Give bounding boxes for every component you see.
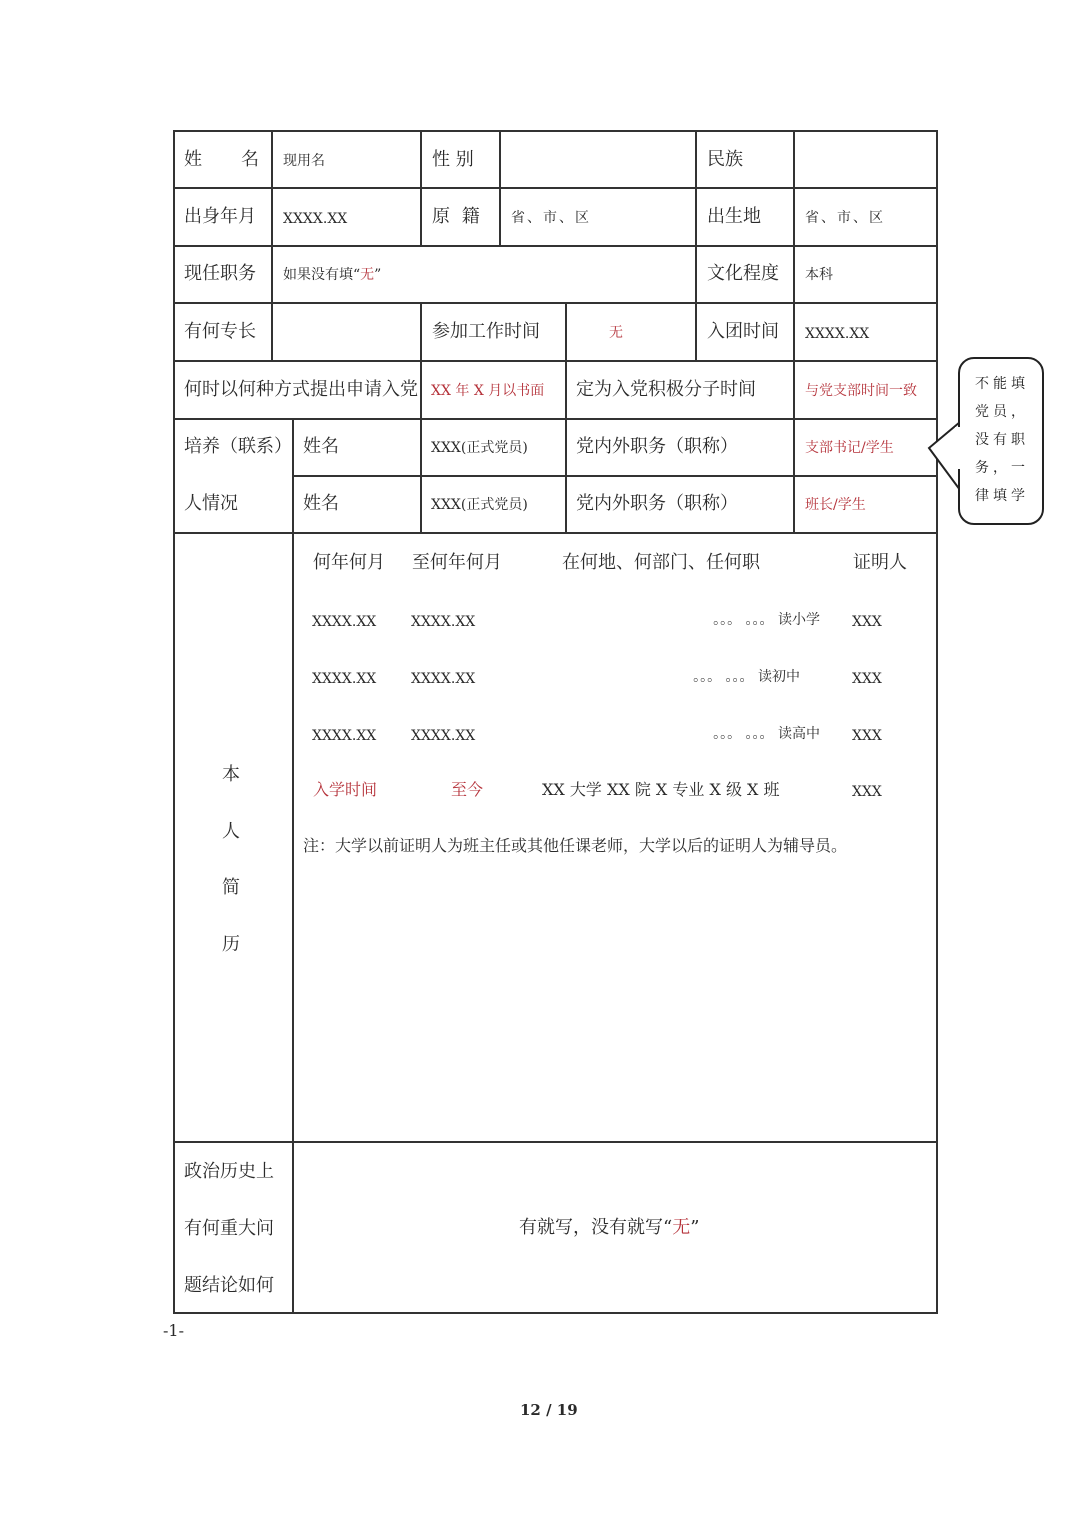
col-divider (793, 360, 795, 534)
col-divider (565, 360, 567, 534)
ethnicity-label: 民族 (707, 150, 743, 170)
row-divider (293, 475, 938, 477)
resume-entry-from[interactable]: XXXX.XX (312, 669, 376, 689)
cultivator-2-duty-label: 党内外职务（职称） (576, 494, 738, 514)
birth-date-label: 出身年月 (184, 207, 256, 227)
resume-entry-where[interactable]: 。。。 。。。 读小学 (670, 610, 820, 630)
row-divider (173, 532, 938, 534)
page-counter: 12 / 19 (520, 1400, 578, 1420)
row-divider (173, 187, 938, 189)
name-label: 姓 名 (184, 150, 260, 170)
political-label-line: 政治历史上 (184, 1162, 274, 1182)
row-divider (173, 1141, 938, 1143)
birthplace-label: 出生地 (707, 207, 761, 227)
name-value[interactable]: 现用名 (283, 151, 325, 171)
birthplace-value[interactable]: 省、市、区 (805, 208, 885, 228)
cultivator-2-name-label: 姓名 (303, 494, 339, 514)
resume-label-char: 人 (222, 822, 240, 842)
cultivator-label-line1: 培养（联系） (184, 437, 292, 457)
cultivator-label-line2: 人情况 (184, 494, 238, 514)
resume-entry-where[interactable]: 。。。 。。。 读高中 (670, 724, 820, 744)
league-join-label: 入团时间 (707, 322, 779, 342)
resume-label-char: 本 (222, 765, 240, 785)
resume-entry-to[interactable]: XXXX.XX (411, 612, 475, 632)
resume-entry-to[interactable]: XXXX.XX (411, 669, 475, 689)
political-value[interactable]: 有就写，没有就写“无” (519, 1218, 699, 1238)
resume-note: 注：大学以前证明人为班主任或其他任课老师，大学以后的证明人为辅导员。 (303, 836, 847, 856)
col-divider (420, 360, 422, 534)
resume-entry-witness[interactable]: XXX (852, 612, 882, 632)
resume-label-char: 简 (222, 878, 240, 898)
work-start-label: 参加工作时间 (432, 322, 540, 342)
birth-date-value[interactable]: XXXX.XX (283, 209, 347, 229)
col-divider (271, 130, 273, 361)
resume-header-where: 在何地、何部门、任何职 (562, 553, 760, 573)
resume-entry-where[interactable]: 。。。 。。。 读初中 (650, 667, 800, 687)
application-value[interactable]: XX 年 X 月以书面 (431, 381, 544, 401)
resume-header-witness: 证明人 (853, 553, 907, 573)
cultivator-2-name-value[interactable]: XXX(正式党员) (431, 495, 528, 515)
gender-label: 性 别 (432, 150, 474, 170)
table-border-right (936, 130, 938, 1314)
cultivator-1-name-value[interactable]: XXX(正式党员) (431, 438, 528, 458)
col-divider (565, 302, 567, 361)
cultivator-1-name-label: 姓名 (303, 437, 339, 457)
activist-date-label: 定为入党积极分子时间 (576, 380, 756, 400)
specialty-label: 有何专长 (184, 322, 256, 342)
position-hint-quote: ” (374, 267, 381, 283)
resume-entry-witness[interactable]: XXX (852, 782, 882, 802)
resume-entry-to[interactable]: 至今 (451, 780, 483, 800)
resume-entry-where[interactable]: XX 大学 XX 院 X 专业 X 级 X 班 (542, 780, 780, 800)
current-position-label: 现任职务 (184, 264, 256, 284)
callout-text: 不能填党员，没有职务，一律填学 (975, 370, 1035, 510)
table-border-bottom (173, 1312, 938, 1314)
political-hint-text: 有就写，没有就写“ (519, 1217, 672, 1238)
political-hint-quote: ” (690, 1217, 699, 1238)
resume-entry-from[interactable]: XXXX.XX (312, 612, 376, 632)
cultivator-1-duty-value[interactable]: 支部书记/学生 (805, 438, 894, 458)
league-join-value[interactable]: XXXX.XX (805, 324, 869, 344)
resume-entry-from[interactable]: 入学时间 (313, 780, 377, 800)
row-divider (173, 245, 938, 247)
position-hint-text: 如果没有填“ (283, 267, 360, 283)
row-divider (173, 360, 938, 362)
origin-value[interactable]: 省、市、区 (511, 208, 591, 228)
cultivator-1-duty-label: 党内外职务（职称） (576, 437, 738, 457)
political-label-line: 有何重大问 (184, 1219, 274, 1239)
education-value[interactable]: 本科 (805, 265, 833, 285)
row-divider (173, 302, 938, 304)
political-label-line: 题结论如何 (184, 1276, 274, 1296)
resume-entry-from[interactable]: XXXX.XX (312, 726, 376, 746)
col-divider (292, 418, 294, 1314)
col-divider (420, 130, 422, 246)
resume-label-char: 历 (222, 935, 240, 955)
callout-mask (955, 425, 963, 485)
row-divider (173, 418, 938, 420)
resume-entry-witness[interactable]: XXX (852, 669, 882, 689)
col-divider (695, 130, 697, 361)
activist-date-value[interactable]: 与党支部时间一致 (805, 381, 917, 401)
col-divider (499, 130, 501, 246)
work-start-value[interactable]: 无 (609, 323, 623, 343)
col-divider (420, 302, 422, 361)
cultivator-2-duty-value[interactable]: 班长/学生 (805, 495, 866, 515)
current-position-value[interactable]: 如果没有填“无” (283, 265, 381, 285)
origin-label: 原 籍 (432, 207, 483, 227)
application-label: 何时以何种方式提出申请入党 (184, 380, 418, 400)
page-marker: -1- (163, 1321, 184, 1341)
position-hint-none: 无 (360, 267, 374, 283)
table-border-top (173, 130, 938, 132)
resume-entry-to[interactable]: XXXX.XX (411, 726, 475, 746)
resume-header-from: 何年何月 (313, 553, 385, 573)
education-label: 文化程度 (707, 264, 779, 284)
col-divider (793, 130, 795, 361)
political-hint-none: 无 (672, 1217, 690, 1238)
resume-entry-witness[interactable]: XXX (852, 726, 882, 746)
table-border-left (173, 130, 175, 1314)
resume-header-to: 至何年何月 (412, 553, 502, 573)
